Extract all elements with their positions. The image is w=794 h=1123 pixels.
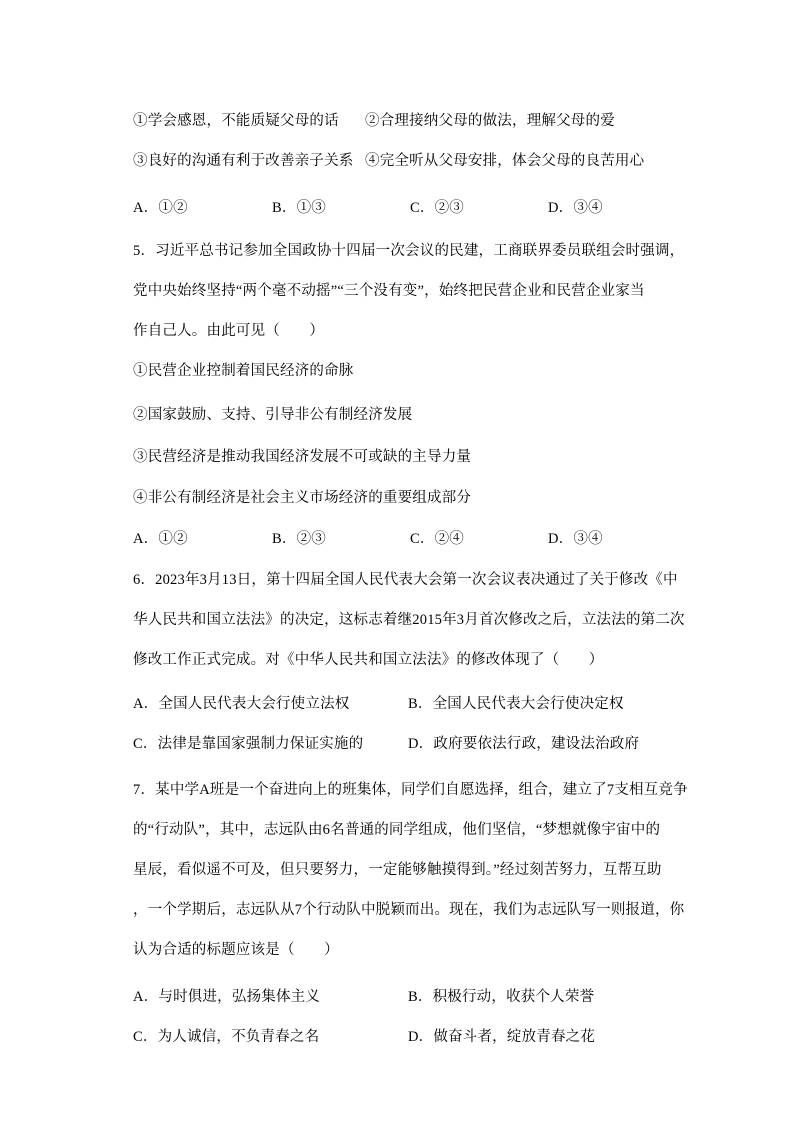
q6-choice-c: C．法律是靠国家强制力保证实施的: [133, 735, 363, 754]
q6-stem-line-1: 6．2023年3月13日，第十四届全国人民代表大会第一次会议表决通过了关于修改《…: [133, 571, 678, 590]
q5-item-3: ③民营经济是推动我国经济发展不可或缺的主导力量: [133, 448, 471, 467]
q4-choice-d: D．③④: [548, 199, 603, 218]
q7-choice-a: A．与时俱进，弘扬集体主义: [133, 988, 320, 1007]
q7-stem-line-5: 认为合适的标题应该是（ ）: [133, 941, 339, 960]
q5-item-1: ①民营企业控制着国民经济的命脉: [133, 362, 354, 381]
q5-choice-c: C．②④: [410, 530, 464, 549]
q5-choice-d: D．③④: [548, 530, 603, 549]
q5-item-2: ②国家鼓励、支持、引导非公有制经济发展: [133, 406, 412, 425]
q6-stem-line-3: 修改工作正式完成。对《中华人民共和国立法法》的修改体现了（ ）: [133, 651, 603, 670]
q4-choice-c: C．②③: [410, 199, 464, 218]
q4-item-3: ③良好的沟通有利于改善亲子关系: [133, 152, 354, 171]
q5-choice-b: B．②③: [272, 530, 326, 549]
q5-item-4: ④非公有制经济是社会主义市场经济的重要组成部分: [133, 489, 471, 508]
exam-page: ①学会感恩，不能质疑父母的话 ②合理接纳父母的做法，理解父母的爱 ③良好的沟通有…: [0, 0, 794, 1123]
q5-choice-a: A．①②: [133, 530, 188, 549]
q4-choice-b: B．①③: [272, 199, 326, 218]
q7-choice-d: D．做奋斗者，绽放青春之花: [408, 1028, 595, 1047]
q7-choice-b: B．积极行动，收获个人荣誉: [408, 988, 594, 1007]
q7-stem-line-3: 星辰，看似遥不可及，但只要努力，一定能够触摸得到。”经过刻苦努力，互帮互助: [133, 861, 662, 880]
q4-item-4: ④完全听从父母安排，体会父母的良苦用心: [365, 152, 644, 171]
q4-item-2: ②合理接纳父母的做法，理解父母的爱: [365, 112, 615, 131]
q6-choice-b: B．全国人民代表大会行使决定权: [408, 695, 624, 714]
q7-stem-line-2: 的“行动队”，其中，志远队由6名普通的同学组成，他们坚信，“梦想就像宇宙中的: [133, 821, 660, 840]
q6-choice-a: A．全国人民代表大会行使立法权: [133, 695, 349, 714]
q6-stem-line-2: 华人民共和国立法法》的决定，这标志着继2015年3月首次修改之后，立法法的第二次: [133, 611, 685, 630]
q5-stem-line-2: 党中央始终坚持“两个毫不动摇”“三个没有变”，始终把民营企业和民营企业家当: [133, 282, 645, 301]
q7-choice-c: C．为人诚信，不负青春之名: [133, 1028, 319, 1047]
q7-stem-line-1: 7．某中学A班是一个奋进向上的班集体，同学们自愿选择，组合，建立了7支相互竞争: [133, 781, 688, 800]
q5-stem-line-3: 作自己人。由此可见（ ）: [133, 322, 324, 341]
q5-stem-line-1: 5．习近平总书记参加全国政协十四届一次会议的民建，工商联界委员联组会时强调，: [133, 242, 684, 261]
q6-choice-d: D．政府要依法行政，建设法治政府: [408, 735, 639, 754]
q7-stem-line-4: ，一个学期后，志远队从7个行动队中脱颖而出。现在，我们为志远队写一则报道，你: [133, 901, 684, 920]
q4-choice-a: A．①②: [133, 199, 188, 218]
q4-item-1: ①学会感恩，不能质疑父母的话: [133, 112, 339, 131]
